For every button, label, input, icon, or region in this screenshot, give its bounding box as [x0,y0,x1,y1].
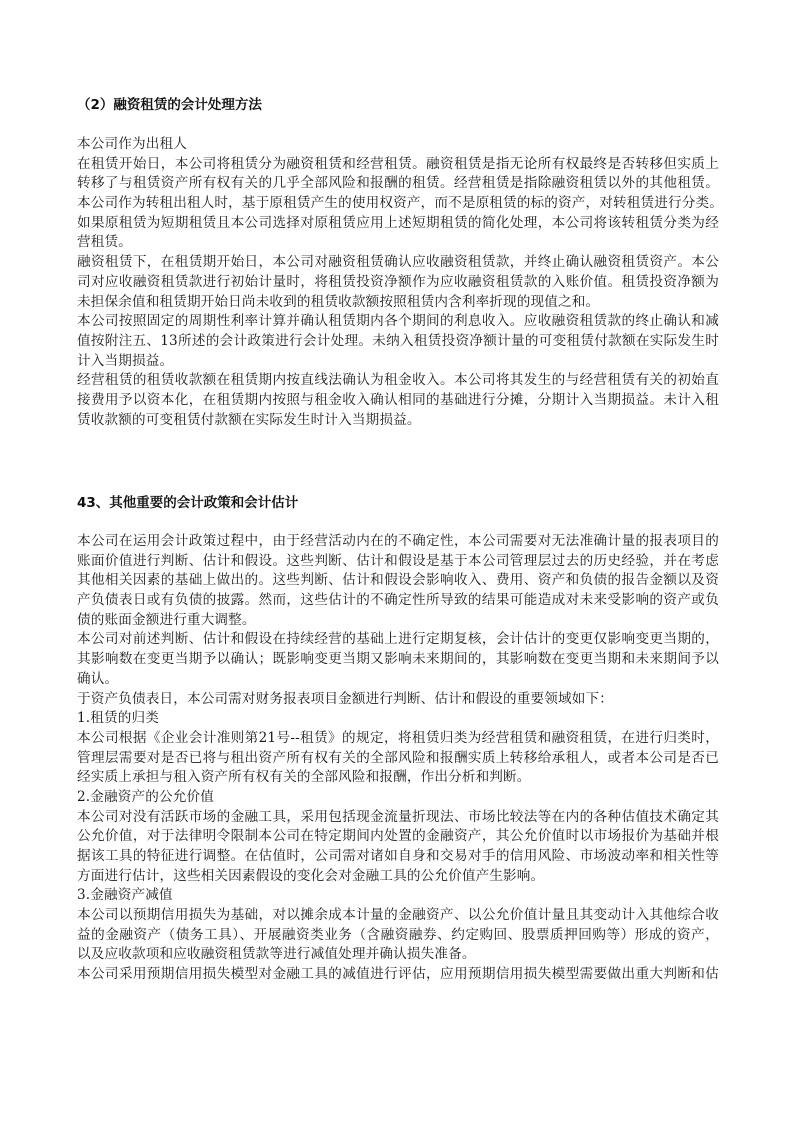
section-heading-finance-lease-accounting: （2）融资租赁的会计处理方法 [77,95,262,115]
paragraph-line: 如果原租赁为短期租赁且本公司选择对原租赁应用上述短期租赁的简化处理，本公司将该转… [77,214,719,234]
paragraph-line: 确认。 [77,670,719,690]
subheading-impairment: 3.金融资产减值 [77,886,719,906]
paragraph-line: 转移了与租赁资产所有权有关的几乎全部风险和报酬的租赁。经营租赁是指除融资租赁以外… [77,174,719,194]
paragraph-line: 产负债表日或有负债的披露。然而，这些估计的不确定性所导致的结果可能造成对未来受影… [77,591,719,611]
paragraph-line: 据该工具的特征进行调整。在估值时，公司需对诸如自身和交易对手的信用风险、市场波动… [77,847,719,867]
paragraph-line: 接费用予以资本化，在租赁期内按照与租金收入确认相同的基础进行分摊，分期计入当期损… [77,391,719,411]
paragraph-line: 司对应收融资租赁款进行初始计量时，将租赁投资净额作为应收融资租赁款的入账价值。租… [77,273,719,293]
subheading-fair-value: 2.金融资产的公允价值 [77,788,719,808]
paragraph-line: 赁收款额的可变租赁付款额在实际发生时计入当期损益。 [77,411,719,431]
paragraph-line: 方面进行估计，这些相关因素假设的变化会对金融工具的公允价值产生影响。 [77,867,719,887]
section-heading-other-policies-estimates: 43、其他重要的会计政策和会计估计 [77,493,298,513]
paragraph-line: 在租赁开始日，本公司将租赁分为融资租赁和经营租赁。融资租赁是指无论所有权最终是否… [77,155,719,175]
paragraph-line: 营租赁。 [77,233,719,253]
paragraph-line: 本公司作为出租人 [77,135,719,155]
paragraph-line: 本公司对前述判断、估计和假设在持续经营的基础上进行定期复核，会计估计的变更仅影响… [77,630,719,650]
paragraph-line: 本公司按照固定的周期性利率计算并确认租赁期内各个期间的利息收入。应收融资租赁款的… [77,312,719,332]
paragraph-line: 经实质上承担与租入资产所有权有关的全部风险和报酬，作出分析和判断。 [77,768,719,788]
paragraph-line: 本公司以预期信用损失为基础，对以摊余成本计量的金融资产、以公允价值计量且其变动计… [77,906,719,926]
paragraph-line: 融资租赁下，在租赁期开始日，本公司对融资租赁确认应收融资租赁款，并终止确认融资租… [77,253,719,273]
paragraph-line: 本公司根据《企业会计准则第21号--租赁》的规定，将租赁归类为经营租赁和融资租赁… [77,729,719,749]
paragraph-line: 本公司在运用会计政策过程中，由于经营活动内在的不确定性，本公司需要对无法准确计量… [77,532,719,552]
paragraph-line: 计入当期损益。 [77,352,719,372]
subheading-lease-classification: 1.租赁的归类 [77,709,719,729]
paragraph-line: 于资产负债表日，本公司需对财务报表项目金额进行判断、估计和假设的重要领域如下： [77,690,719,710]
section-body-other-policies: 本公司在运用会计政策过程中，由于经营活动内在的不确定性，本公司需要对无法准确计量… [77,532,719,985]
paragraph-line: 值按附注五、13所述的会计政策进行会计处理。未纳入租赁投资净额计量的可变租赁付款… [77,332,719,352]
paragraph-line: 益的金融资产（债务工具）、开展融资类业务（含融资融券、约定购回、股票质押回购等）… [77,926,719,946]
paragraph-line: 债的账面金额进行重大调整。 [77,611,719,631]
paragraph-line: 经营租赁的租赁收款额在租赁期内按直线法确认为租金收入。本公司将其发生的与经营租赁… [77,371,719,391]
paragraph-line: 未担保余值和租赁期开始日尚未收到的租赁收款额按照租赁内含利率折现的现值之和。 [77,293,719,313]
paragraph-line: 以及应收款项和应收融资租赁款等进行减值处理并确认损失准备。 [77,945,719,965]
paragraph-line: 本公司对没有活跃市场的金融工具，采用包括现金流量折现法、市场比较法等在内的各种估… [77,808,719,828]
section-body-finance-lease: 本公司作为出租人 在租赁开始日，本公司将租赁分为融资租赁和经营租赁。融资租赁是指… [77,135,719,430]
paragraph-line: 账面价值进行判断、估计和假设。这些判断、估计和假设是基于本公司管理层过去的历史经… [77,552,719,572]
paragraph-line: 管理层需要对是否已将与租出资产所有权有关的全部风险和报酬实质上转移给承租人，或者… [77,749,719,769]
paragraph-line: 其影响数在变更当期予以确认；既影响变更当期又影响未来期间的，其影响数在变更当期和… [77,650,719,670]
paragraph-line: 本公司作为转租出租人时，基于原租赁产生的使用权资产，而不是原租赁的标的资产，对转… [77,194,719,214]
paragraph-line: 公允价值，对于法律明令限制本公司在特定期间内处置的金融资产，其公允价值时以市场报… [77,827,719,847]
paragraph-line: 其他相关因素的基础上做出的。这些判断、估计和假设会影响收入、费用、资产和负债的报… [77,571,719,591]
paragraph-line: 本公司采用预期信用损失模型对金融工具的减值进行评估，应用预期信用损失模型需要做出… [77,965,719,985]
